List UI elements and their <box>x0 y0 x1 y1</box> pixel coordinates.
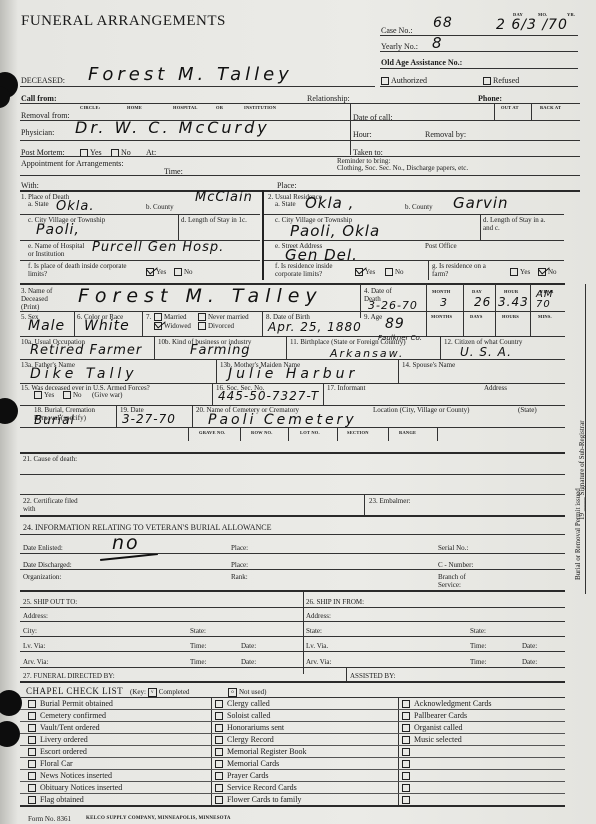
res-post-office-label: Post Office <box>425 242 457 250</box>
back-at-label: BACK AT <box>540 105 561 110</box>
ship-out-lv-via-label: Lv. Via: <box>23 642 45 650</box>
year-value[interactable]: AM 70 <box>536 290 566 310</box>
assisted-by-label: ASSISTED BY: <box>350 672 395 680</box>
circle-label: CIRCLE: <box>80 105 100 110</box>
hour-value[interactable]: 3.43 <box>498 295 529 309</box>
business-value[interactable]: Farming <box>190 343 251 358</box>
reminder-line2: Clothing, Soc. Sec. No., Discharge paper… <box>337 164 468 172</box>
relationship-label: Relationship: <box>307 94 350 103</box>
out-at-label: OUT AT <box>501 105 519 110</box>
widowed-option[interactable]: Widowed <box>154 322 191 330</box>
ship-out-lv-date-label: Date: <box>241 642 256 650</box>
location-label: Location (City, Village or County) <box>373 406 469 414</box>
sub-registrar-signature-label[interactable]: 19 ____ Signature of Sub-Registrar <box>578 420 586 520</box>
day-label: DAY <box>472 289 482 294</box>
authorized-checkbox[interactable]: Authorized <box>381 76 427 85</box>
mother-value[interactable]: Julie Harbur <box>228 366 358 382</box>
never-married-option[interactable]: Never married <box>198 313 249 321</box>
marital-label: 7. <box>146 313 151 321</box>
date-enlisted-value[interactable]: no <box>112 532 140 554</box>
give-war-label: (Give war) <box>92 391 123 399</box>
ship-in-state-label: State: <box>470 627 486 635</box>
hour-label: HOUR <box>504 289 518 294</box>
res-farm-yes[interactable]: Yes <box>510 268 530 276</box>
pod-county-value[interactable]: McClain <box>195 190 253 205</box>
state-label: (State) <box>518 406 537 414</box>
res-length-label: d. Length of Stay in a. and c. <box>483 216 553 232</box>
old-age-label: Old Age Assistance No.: <box>381 58 462 67</box>
removal-from-label: Removal from: <box>21 111 70 120</box>
ship-in-arv-time-label: Time: <box>470 658 486 666</box>
call-from-label: Call from: <box>21 94 57 103</box>
embalmer-label: 23. Embalmer: <box>369 497 411 505</box>
lot-no-label: LOT NO. <box>300 430 320 435</box>
res-county-label: b. County <box>405 203 433 211</box>
ship-in-lv-date-label: Date: <box>522 642 537 650</box>
veteran-heading: 24. INFORMATION RELATING TO VETERAN'S BU… <box>23 523 271 532</box>
ship-in-lv-time-label: Time: <box>470 642 486 650</box>
spouse-label: 14. Spouse's Name <box>402 361 455 369</box>
mins-label: MINS. <box>538 314 552 319</box>
ship-out-arv-via-label: Arv. Via: <box>23 658 48 666</box>
burial-date-value[interactable]: 3-27-70 <box>122 412 176 426</box>
months-label: MONTHS <box>431 314 452 319</box>
ship-in-arv-date-label: Date: <box>522 658 537 666</box>
pod-corporate-label: f. Is place of death inside corporate li… <box>28 262 128 278</box>
ship-out-city-label: City: <box>23 627 37 635</box>
ship-out-lv-time-label: Time: <box>190 642 206 650</box>
ship-in-state-left-label: State: <box>306 627 322 635</box>
place-label: Place: <box>277 181 297 190</box>
punch-hole <box>0 398 18 424</box>
ship-out-address-label: Address: <box>23 612 48 620</box>
deceased-label: DECEASED: <box>21 76 65 85</box>
rank-label: Rank: <box>231 573 248 581</box>
case-date-value[interactable]: 2 6/3 /70 <box>496 17 568 33</box>
res-state-label: a. State <box>275 200 296 208</box>
res-corporate-no[interactable]: No <box>385 268 404 276</box>
funeral-arrangements-form: FUNERAL ARRANGEMENTS Case No.: 68 DAY MO… <box>0 0 596 824</box>
father-value[interactable]: Dike Tally <box>30 366 138 382</box>
days-label: DAYS <box>470 314 483 319</box>
ship-out-arv-date-label: Date: <box>241 658 256 666</box>
discharged-place-label: Place: <box>231 561 248 569</box>
circle-or: OR <box>216 105 223 110</box>
ship-in-heading: 26. SHIP IN FROM: <box>306 598 364 606</box>
refused-checkbox[interactable]: Refused <box>483 76 519 85</box>
cemetery-value[interactable]: Paoli Cemetery <box>208 412 357 428</box>
form-number: Form No. 8361 <box>28 815 71 823</box>
date-discharged-label: Date Discharged: <box>23 561 72 569</box>
organization-label: Organization: <box>23 573 61 581</box>
pod-county-label: b. County <box>146 203 174 211</box>
case-no-value[interactable]: 68 <box>433 15 453 31</box>
res-county-value[interactable]: Garvin <box>453 194 509 212</box>
yearly-no-label: Yearly No.: <box>381 42 418 51</box>
armed-no[interactable]: No <box>63 391 82 399</box>
pod-hospital-label: e. Name of Hospital or Institution <box>28 242 88 258</box>
completed-key-icon: v <box>148 688 157 697</box>
enlisted-place-label: Place: <box>231 544 248 552</box>
not-used-key: oNot used) <box>228 688 266 697</box>
with-label: With: <box>21 181 39 190</box>
ship-in-arv-via-label: Arv. Via: <box>306 658 331 666</box>
range-label: RANGE <box>399 430 416 435</box>
date-year-label: YR. <box>567 12 575 17</box>
sex-value[interactable]: Male <box>28 318 65 334</box>
case-no-label: Case No.: <box>381 26 413 35</box>
pod-corporate-yes[interactable]: Yes <box>146 268 166 276</box>
day-value[interactable]: 26 <box>474 295 491 309</box>
res-state-value[interactable]: Okla , <box>305 194 354 212</box>
res-corporate-label: f. Is residence inside corporate limits? <box>275 262 345 278</box>
age-value[interactable]: 89 <box>385 316 405 332</box>
yearly-no-value[interactable]: 8 <box>432 34 443 52</box>
checklist-key: (Key: vCompleted <box>130 688 189 697</box>
ship-out-heading: 25. SHIP OUT TO: <box>23 598 77 606</box>
burial-value[interactable]: Burial <box>34 413 75 427</box>
month-value[interactable]: 3 <box>440 296 448 309</box>
circle-home[interactable]: HOME <box>127 105 142 110</box>
certificate-label: 22. Certificate filed with <box>23 497 83 513</box>
ship-out-arv-time-label: Time: <box>190 658 206 666</box>
punch-hole <box>0 721 20 747</box>
res-corporate-yes[interactable]: Yes <box>355 268 375 276</box>
divorced-option[interactable]: Divorced <box>198 322 234 330</box>
res-city-value[interactable]: Paoli, Okla <box>290 222 380 240</box>
publisher: KELCO SUPPLY COMPANY, MINNEAPOLIS, MINNE… <box>86 816 231 821</box>
authorized-label: Authorized <box>391 76 427 85</box>
row-no-label: ROW NO. <box>251 430 273 435</box>
pod-corporate-no[interactable]: No <box>174 268 193 276</box>
name-label: 3. Name of Deceased (Print) <box>21 287 61 311</box>
ship-in-lv-via-label: Lv. Via. <box>306 642 328 650</box>
date-enlisted-strike <box>100 553 158 561</box>
appointment-label: Appointment for Arrangements: <box>21 159 124 168</box>
circle-hospital[interactable]: HOSPITAL <box>173 105 198 110</box>
dob-value[interactable]: Apr. 25, 1880 <box>268 320 362 334</box>
pod-length-label: d. Length of Stay in 1c. <box>181 216 251 224</box>
birthplace-note[interactable]: Faulkner Co. <box>378 334 422 342</box>
informant-address-label: Address <box>484 384 507 392</box>
grave-no-label: GRAVE NO. <box>199 430 225 435</box>
occupation-value[interactable]: Retired Farmer <box>30 343 142 358</box>
serial-label: Serial No.: <box>438 544 468 552</box>
refused-label: Refused <box>493 76 519 85</box>
ship-in-address-label: Address: <box>306 612 331 620</box>
informant-label: 17. Informant <box>327 384 366 392</box>
race-value[interactable]: White <box>84 318 130 334</box>
authorized-box[interactable] <box>381 77 389 85</box>
ssn-value[interactable]: 445-50-7327-T <box>218 389 319 403</box>
c-number-label: C - Number: <box>438 561 473 569</box>
phone-label: Phone: <box>478 94 502 103</box>
pod-state-value[interactable]: Okla. <box>56 199 94 214</box>
branch-label: Branch of Service: <box>438 573 478 589</box>
deceased-value[interactable]: Forest M. Talley <box>88 64 293 85</box>
res-farm-no[interactable]: No <box>538 268 557 276</box>
date-enlisted-label: Date Enlisted: <box>23 544 63 552</box>
circle-institution[interactable]: INSTITUTION <box>244 105 276 110</box>
pod-state-label: a. State <box>28 200 49 208</box>
form-title: FUNERAL ARRANGEMENTS <box>21 13 226 30</box>
age-label: 9. Age <box>364 313 382 321</box>
armed-yes[interactable]: Yes <box>34 391 54 399</box>
name-value[interactable]: Forest M. Talley <box>78 285 323 307</box>
cause-label: 21. Cause of death: <box>23 455 77 463</box>
pod-city-value[interactable]: Paoli, <box>36 222 80 238</box>
citizen-value[interactable]: U. S. A. <box>460 345 512 359</box>
punch-hole <box>0 690 22 716</box>
res-farm-label: g. Is residence on a farm? <box>432 262 492 278</box>
funeral-directed-label: 27. FUNERAL DIRECTED BY: <box>23 672 115 680</box>
ship-out-state-label: State: <box>190 627 206 635</box>
physician-value[interactable]: Dr. W. C. McCurdy <box>75 118 270 137</box>
section-label: SECTION <box>347 430 369 435</box>
not-used-key-icon: o <box>228 688 237 697</box>
removal-by-label: Removal by: <box>425 130 466 139</box>
hour-label: Hour: <box>353 130 372 139</box>
pod-hospital-value[interactable]: Purcell Gen Hosp. <box>92 240 224 255</box>
refused-box[interactable] <box>483 77 491 85</box>
checklist-heading: CHAPEL CHECK LIST <box>26 686 123 696</box>
hours-label: HOURS <box>502 314 519 319</box>
month-label: MONTH <box>432 289 451 294</box>
physician-label: Physician: <box>21 128 54 137</box>
